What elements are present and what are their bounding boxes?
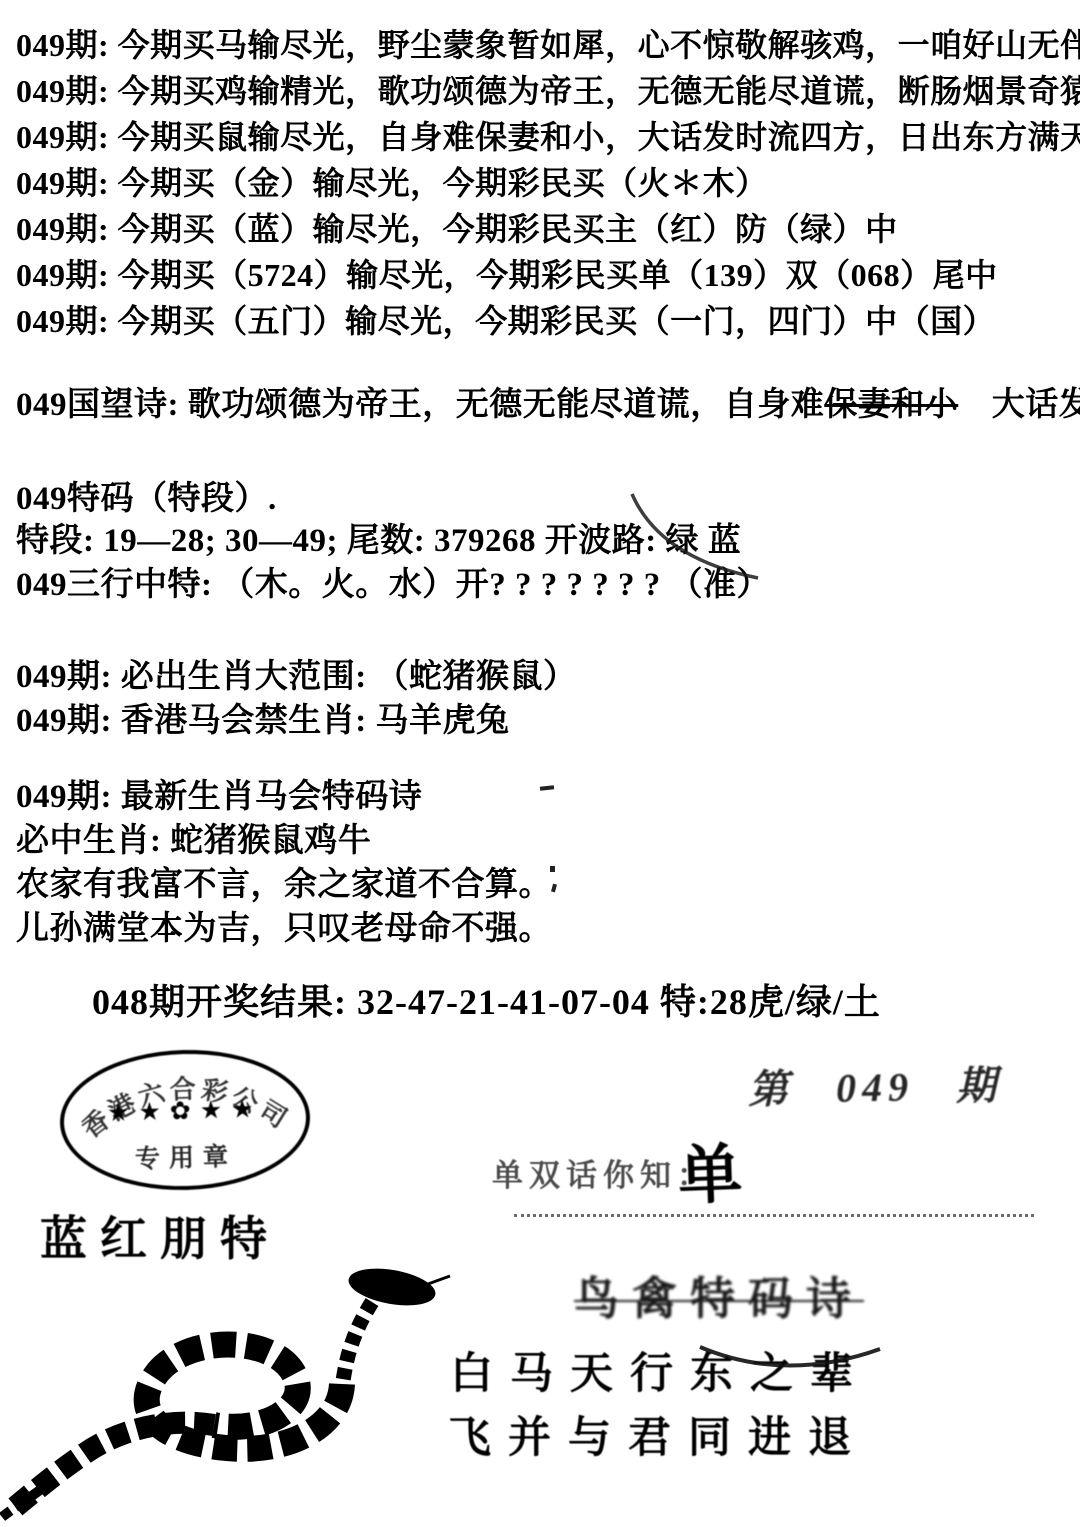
tip-lines-block: 049期: 今期买马输尽光，野尘蒙象暂如犀，心不惊敬解骇鸡，一咱好山无伴看。 0…: [16, 22, 1080, 344]
tip-line: 049期: 今期买（金）输尽光，今期彩民买（火＊木）: [16, 160, 1080, 206]
tip-line: 049期: 今期买（5724）输尽光，今期彩民买单（139）双（068）尾中: [16, 252, 1080, 298]
company-stamp: 香港六合彩公司 ★★✿★★ 专用章: [58, 1047, 312, 1193]
lottery-tip-sheet: 049期: 今期买马输尽光，野尘蒙象暂如犀，心不惊敬解骇鸡，一咱好山无伴看。 0…: [0, 0, 1080, 1527]
zodiac-range-line: 049期: 必出生肖大范围: （蛇猪猴鼠）: [16, 650, 576, 697]
handwritten-issue-number: 第 049 期: [748, 1054, 1003, 1115]
guowang-prefix: 049国望诗: 歌功颂德为帝王，无德无能尽道谎，自身难: [16, 387, 824, 423]
bold-couplet-line1: 白马天行东之辈: [450, 1340, 870, 1401]
tip-line: 049期: 今期买鼠输尽光，自身难保妻和小，大话发时流四方，日出东方满天红。: [16, 114, 1080, 160]
scan-artifact-dot: [550, 866, 555, 872]
scan-artifact-dash: [540, 785, 554, 790]
snake-head: [346, 1263, 439, 1312]
snake-illustration: [0, 1262, 460, 1527]
dotted-separator: [514, 1214, 1034, 1217]
tip-line: 049期: 今期买（五门）输尽光，今期彩民买（一门，四门）中（国）: [16, 298, 1080, 344]
tema-title-line: 049特码（特段）.: [16, 472, 277, 519]
poem-title-line: 049期: 最新生肖马会特码诗: [16, 770, 422, 817]
poem-must-line: 必中生肖: 蛇猪猴鼠鸡牛: [16, 814, 371, 861]
poem-line: 农家有我富不言，余之家道不合算。: [16, 858, 552, 905]
guowang-suffix: 大话发时流四方。: [958, 387, 1080, 423]
odd-even-value: 单: [676, 1123, 743, 1217]
scan-artifact-dot: [551, 884, 557, 893]
tip-line: 049期: 今期买鸡输精光，歌功颂德为帝王，无德无能尽道谎，断肠烟景奇猿啼。: [16, 68, 1080, 114]
tip-line: 049期: 今期买马输尽光，野尘蒙象暂如犀，心不惊敬解骇鸡，一咱好山无伴看。: [16, 22, 1080, 68]
tip-line: 049期: 今期买（蓝）输尽光，今期彩民买主（红）防（绿）中: [16, 206, 1080, 252]
sanhang-line: 049三行中特: （木。火。水）开? ? ? ? ? ? ? （准）: [16, 558, 770, 605]
guowang-line: 049国望诗: 歌功颂德为帝王，无德无能尽道谎，自身难保妻和小 大话发时流四方。: [16, 378, 1080, 425]
stamp-bottom-text: 专用章: [61, 1135, 312, 1178]
blue-red-headline: 蓝红朋特: [40, 1202, 280, 1269]
zodiac-banned-line: 049期: 香港马会禁生肖: 马羊虎兔: [16, 694, 509, 741]
teduan-line: 特段: 19—28; 30—49; 尾数: 379268 开波路: 绿 蓝: [16, 514, 741, 561]
poem-line: 儿孙满堂本为吉，只叹老母命不强。: [16, 902, 552, 949]
previous-result-line: 048期开奖结果: 32-47-21-41-07-04 特:28虎/绿/土: [92, 974, 881, 1025]
guowang-struck-text: 保妻和小: [824, 387, 958, 423]
degraded-poem-title: 鸟禽特码诗: [574, 1262, 864, 1327]
bold-couplet-line2: 飞并与君同进退: [448, 1404, 868, 1465]
